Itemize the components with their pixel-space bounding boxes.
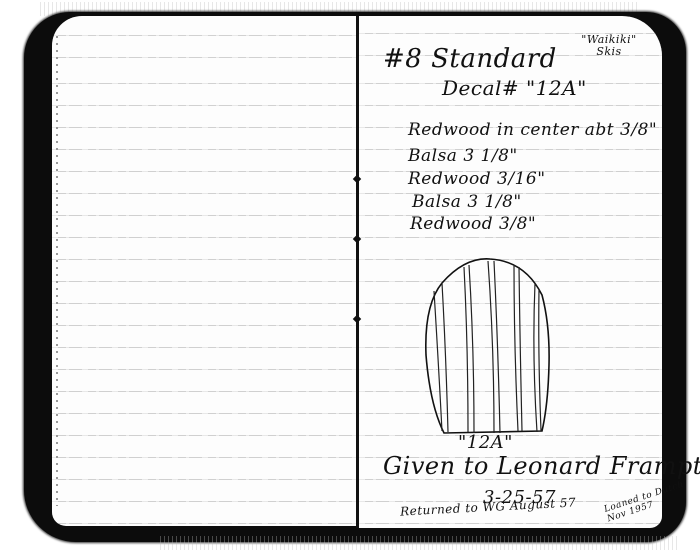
given-to-note: Given to Leonard Frampton [383, 452, 700, 480]
decal-number: Decal# "12A" [442, 76, 587, 100]
sketch-label: "12A" [458, 432, 513, 453]
spec-line: Balsa 3 1/8" [412, 192, 522, 212]
cover-texture-bottom [160, 536, 680, 550]
spec-line: Redwood in center abt 3/8" [408, 120, 657, 140]
left-page [52, 16, 357, 526]
annotation-waikiki: "Waikiki" Skis [574, 34, 644, 58]
spec-line: Redwood 3/16" [408, 169, 546, 189]
ruled-lines [52, 16, 357, 526]
spec-line: Redwood 3/8" [410, 214, 536, 234]
spec-line: Balsa 3 1/8" [408, 146, 518, 166]
board-sketch [420, 255, 552, 437]
page-title: #8 Standard [383, 44, 557, 74]
page-edge-perforation [56, 36, 58, 506]
notebook-spine [356, 16, 359, 528]
